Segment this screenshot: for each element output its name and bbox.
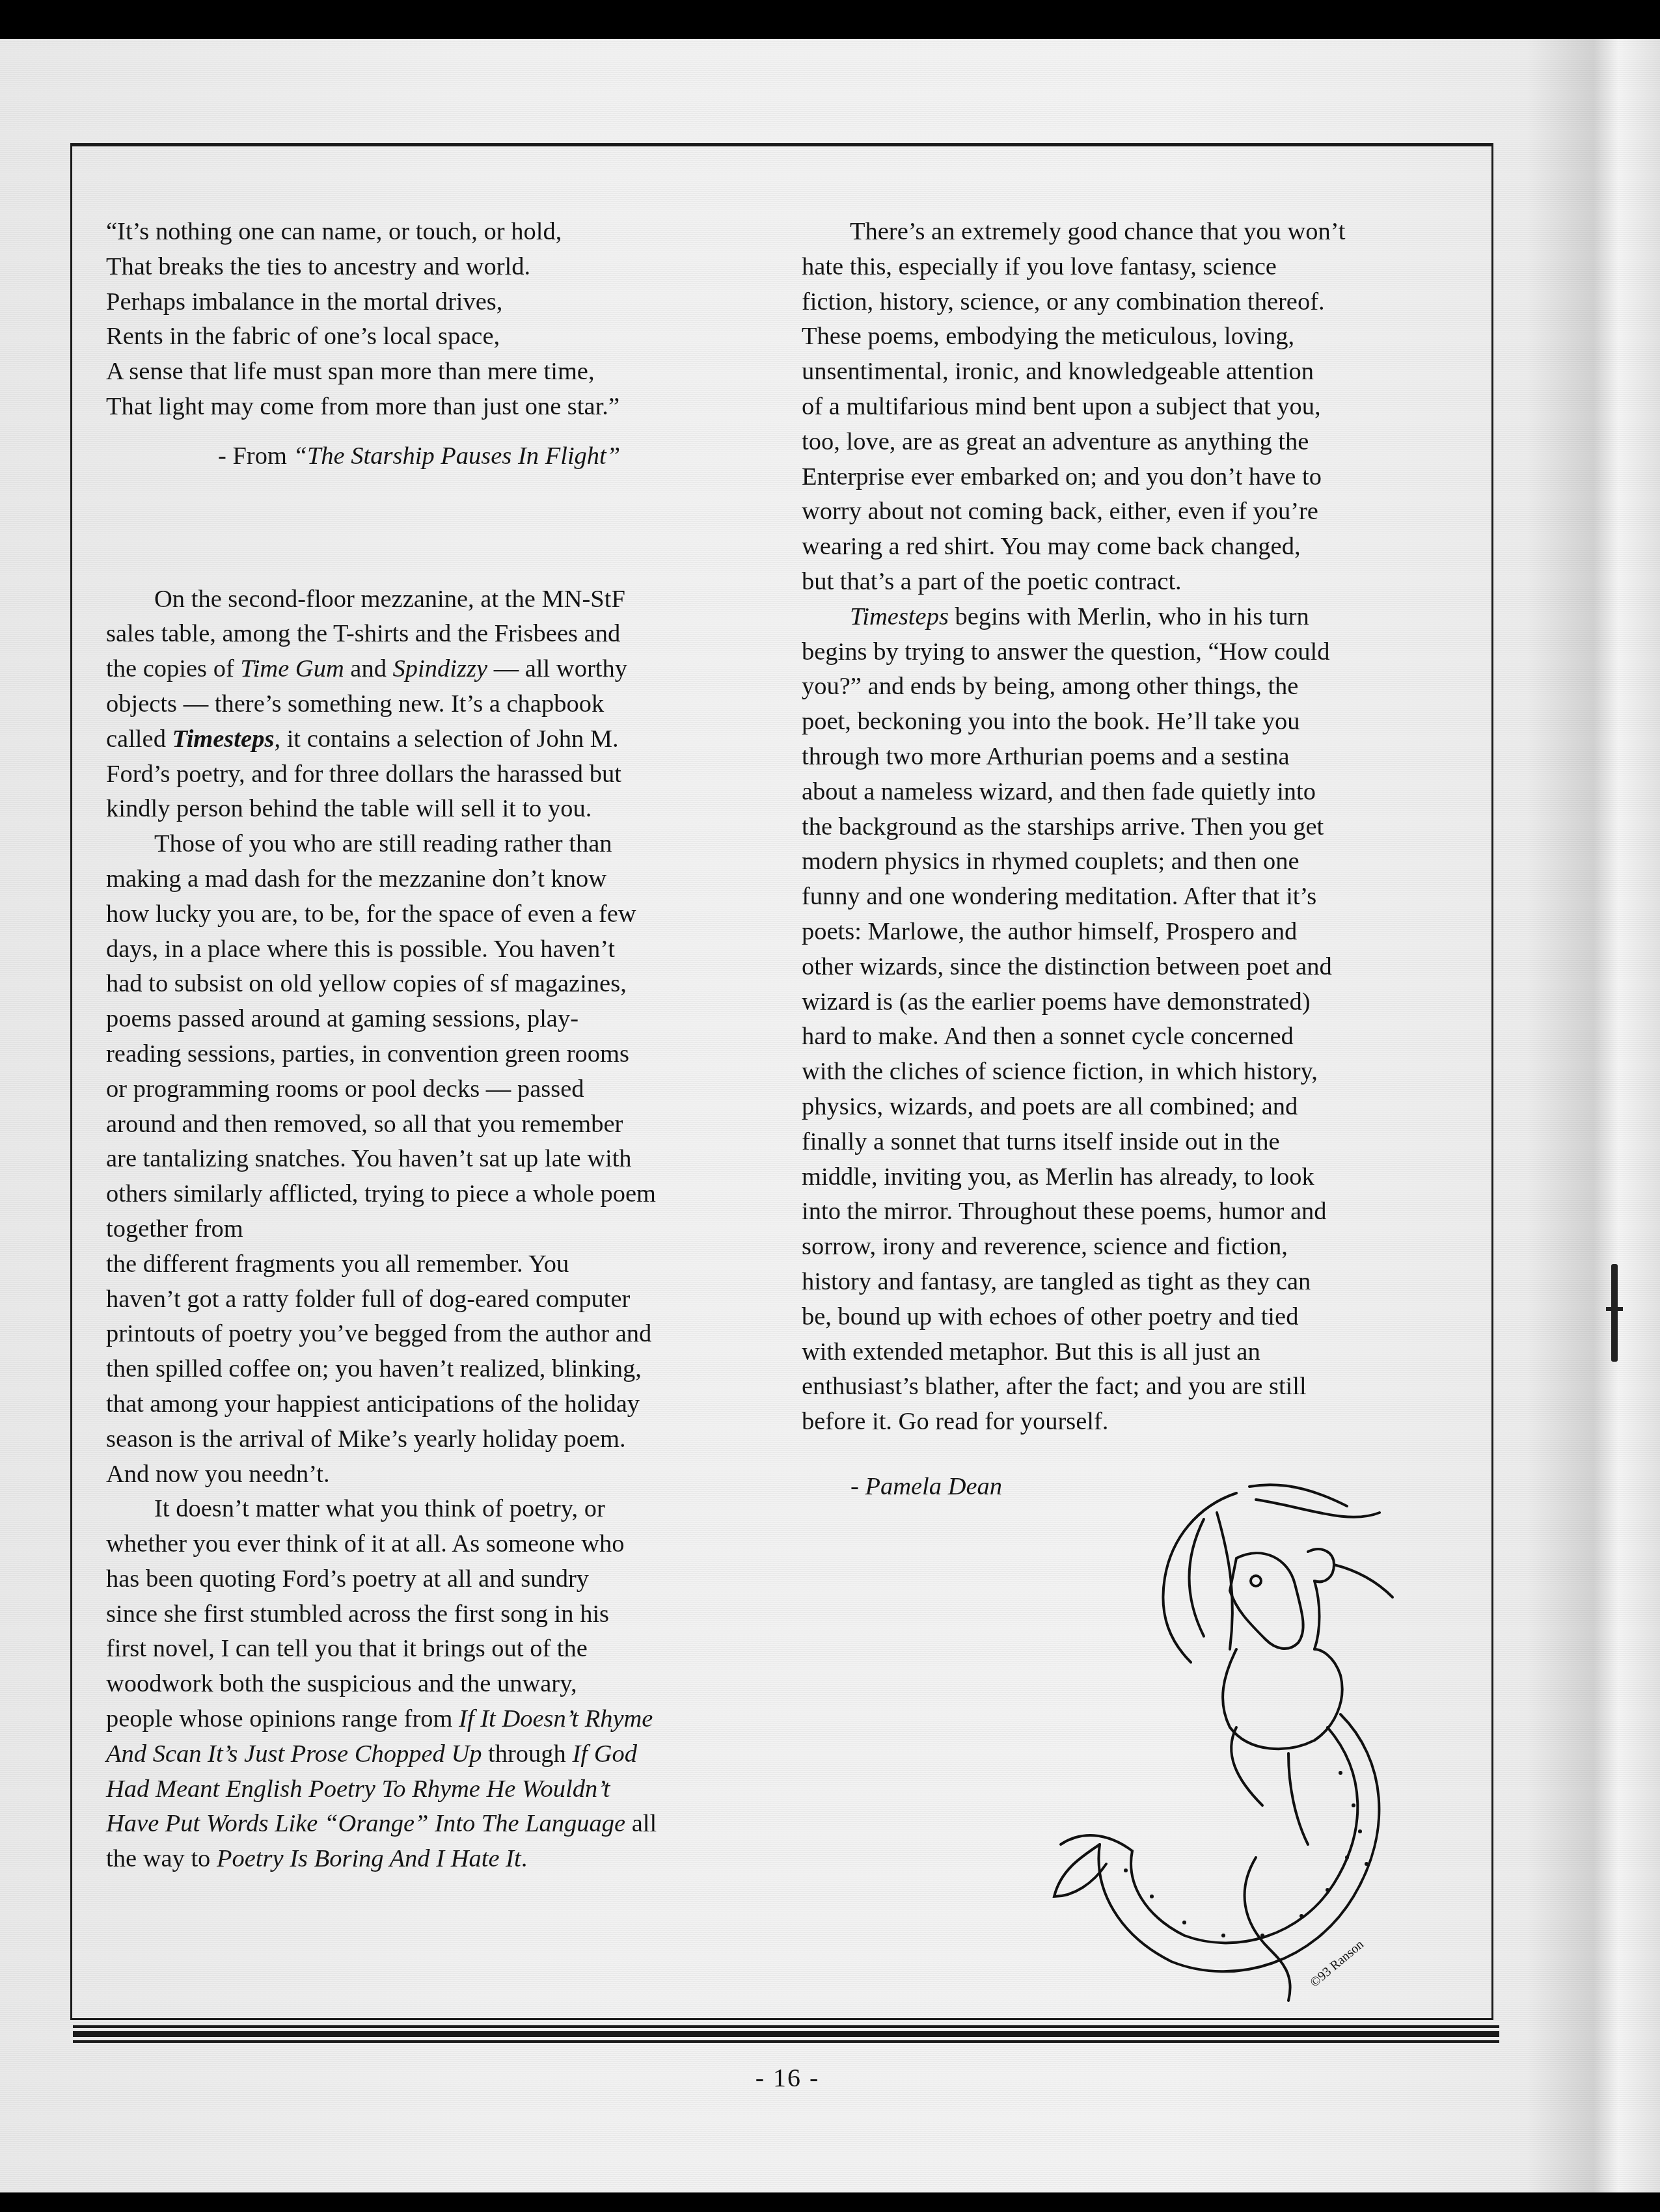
poem-line: That light may come from more than just … xyxy=(106,390,776,425)
paragraph-opinions: It doesn’t matter what you think of poet… xyxy=(106,1492,776,1877)
paragraph-timesteps-contents: Timesteps begins with Merlin, who in his… xyxy=(802,600,1459,1440)
paragraph-lucky: Those of you who are still reading rathe… xyxy=(106,827,776,1492)
poem-line: “It’s nothing one can name, or touch, or… xyxy=(106,215,776,250)
illustration-credit: ©93 Ranson xyxy=(1307,1937,1367,1990)
title-time-gum: Time Gum xyxy=(240,655,344,682)
poem-source-title: “The Starship Pauses In Flight” xyxy=(293,442,621,470)
title-spindizzy: Spindizzy xyxy=(393,655,487,682)
binding-staple-mark xyxy=(1611,1264,1618,1362)
poem-epigraph: “It’s nothing one can name, or touch, or… xyxy=(106,215,776,474)
title-timesteps: Timesteps xyxy=(850,603,949,630)
right-column: There’s an extremely good chance that yo… xyxy=(802,215,1459,1505)
left-column: “It’s nothing one can name, or touch, or… xyxy=(106,215,776,1877)
footer-triple-rule xyxy=(73,2025,1499,2043)
hippocampus-illustration: ©93 Ranson xyxy=(1041,1467,1445,2040)
poem-line: A sense that life must span more than me… xyxy=(106,355,776,390)
poem-line: That breaks the ties to ancestry and wor… xyxy=(106,250,776,285)
paragraph-mezzanine: On the second-floor mezzanine, at the MN… xyxy=(106,582,776,828)
title-timesteps: Timesteps xyxy=(172,725,275,753)
page-number: - 16 - xyxy=(0,2062,1575,2093)
poem-line: Rents in the fabric of one’s local space… xyxy=(106,319,776,355)
magazine-page: “It’s nothing one can name, or touch, or… xyxy=(0,39,1660,2192)
poem-line: Perhaps imbalance in the mortal drives, xyxy=(106,285,776,320)
paragraph-good-chance: There’s an extremely good chance that yo… xyxy=(802,215,1459,600)
poem-attribution: - From “The Starship Pauses In Flight” xyxy=(106,439,776,474)
